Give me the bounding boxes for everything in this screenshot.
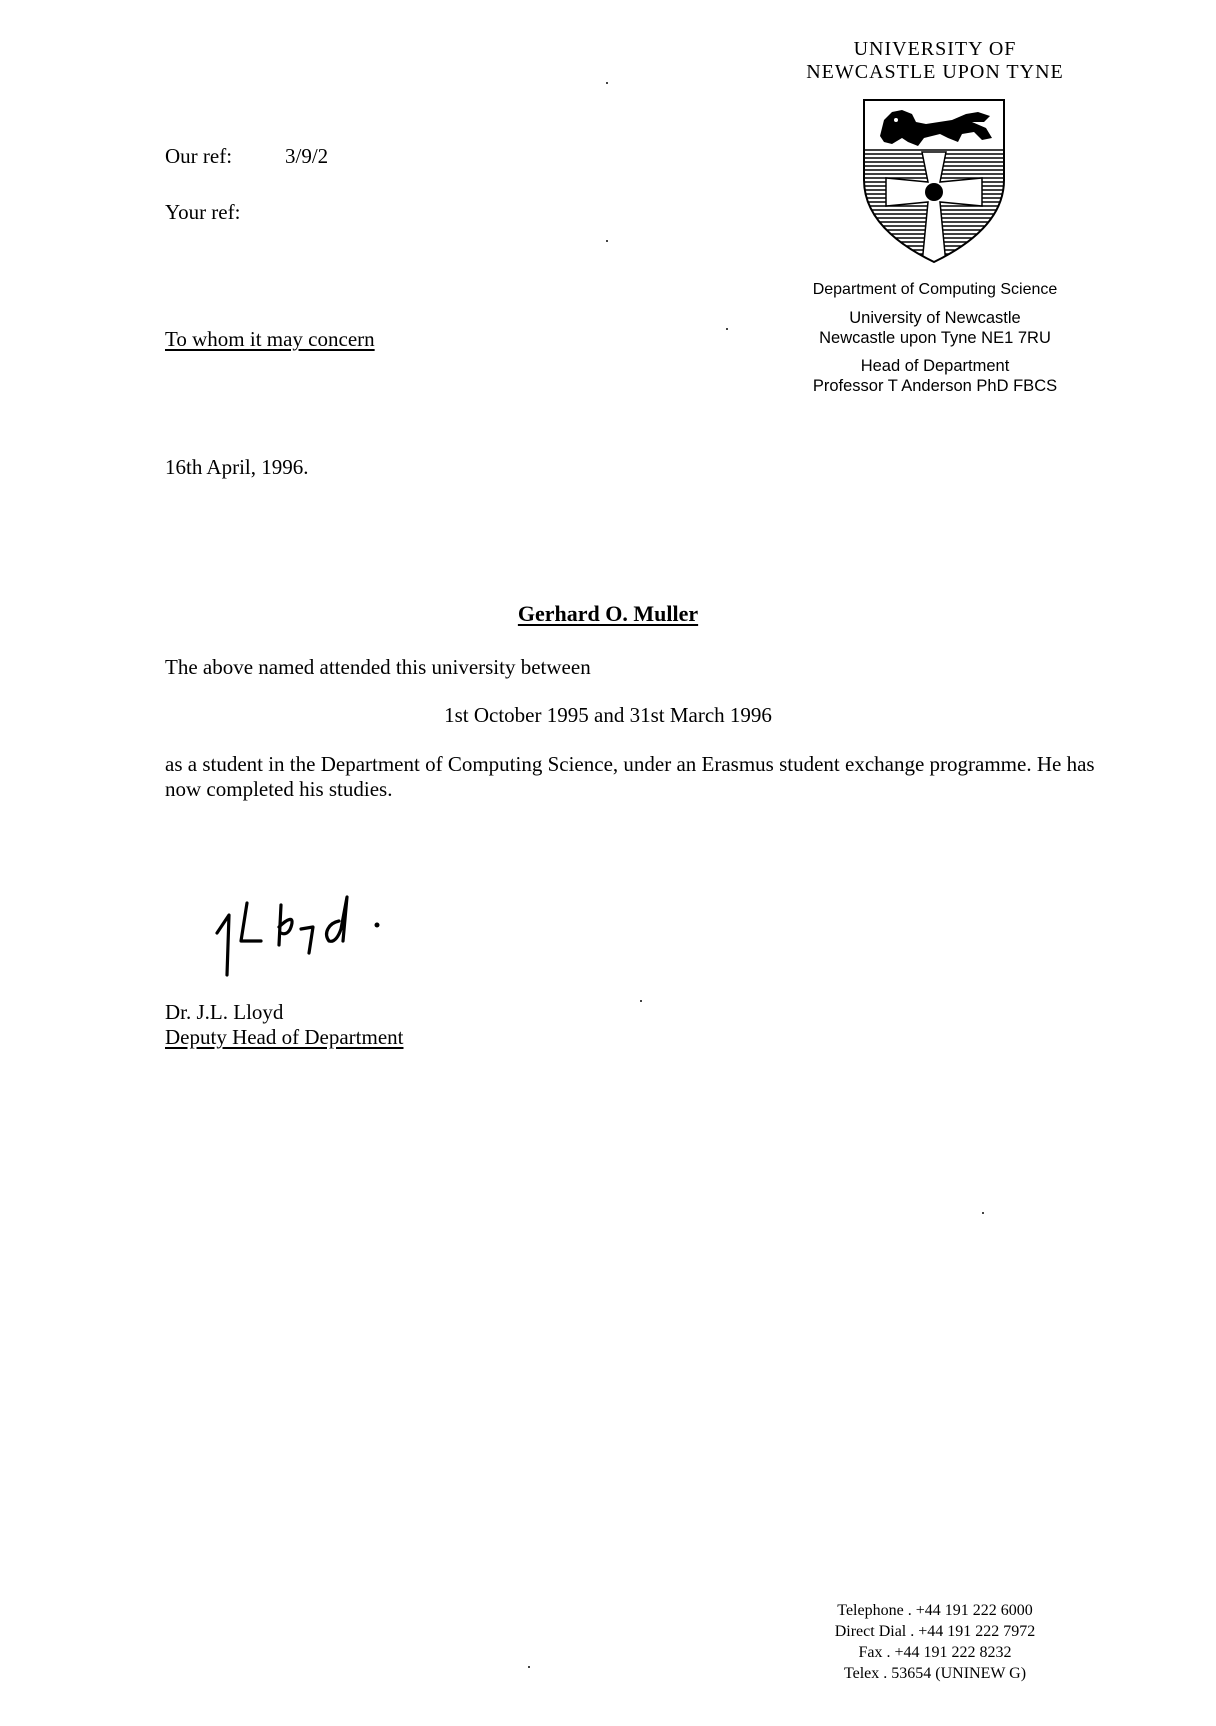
department-address-block: Department of Computing Science Universi… [760, 280, 1110, 396]
telex: Telex . 53654 (UNINEW G) [790, 1663, 1080, 1684]
signer-name: Dr. J.L. Lloyd [165, 1000, 404, 1025]
scan-speck [606, 82, 608, 84]
paragraph-1: The above named attended this university… [165, 655, 591, 680]
university-name-line1: UNIVERSITY OF [760, 38, 1110, 61]
our-ref-value: 3/9/2 [285, 144, 328, 168]
attendance-dates: 1st October 1995 and 31st March 1996 [0, 703, 1216, 728]
scan-speck [982, 1212, 984, 1214]
salutation: To whom it may concern [165, 327, 375, 352]
letter-date: 16th April, 1996. [165, 455, 309, 480]
signer-title: Deputy Head of Department [165, 1025, 404, 1050]
your-ref-label: Your ref: [165, 184, 285, 240]
your-ref-row: Your ref: [165, 184, 328, 240]
references: Our ref:3/9/2 Your ref: [165, 128, 328, 240]
scan-speck [606, 240, 608, 242]
scan-speck [528, 1666, 530, 1668]
direct-dial: Direct Dial . +44 191 222 7972 [790, 1621, 1080, 1642]
crest-icon [862, 98, 1006, 264]
paragraph-2: as a student in the Department of Comput… [165, 752, 1105, 802]
signer-block: Dr. J.L. Lloyd Deputy Head of Department [165, 1000, 404, 1050]
signature-icon [215, 893, 435, 983]
head-of-department-title: Head of Department [760, 356, 1110, 376]
fax: Fax . +44 191 222 8232 [790, 1642, 1080, 1663]
address-line-2: Newcastle upon Tyne NE1 7RU [760, 328, 1110, 348]
department-name: Department of Computing Science [760, 280, 1110, 300]
our-ref-row: Our ref:3/9/2 [165, 128, 328, 184]
university-name-line2: NEWCASTLE UPON TYNE [760, 61, 1110, 84]
telephone: Telephone . +44 191 222 6000 [790, 1600, 1080, 1621]
head-of-department-name: Professor T Anderson PhD FBCS [760, 376, 1110, 396]
our-ref-label: Our ref: [165, 128, 285, 184]
address-line-1: University of Newcastle [760, 308, 1110, 328]
subject-name: Gerhard O. Muller [0, 601, 1216, 627]
university-name: UNIVERSITY OF NEWCASTLE UPON TYNE [760, 38, 1110, 84]
scan-speck [726, 328, 728, 330]
scan-speck [640, 1000, 642, 1002]
contact-details: Telephone . +44 191 222 6000 Direct Dial… [790, 1600, 1080, 1684]
